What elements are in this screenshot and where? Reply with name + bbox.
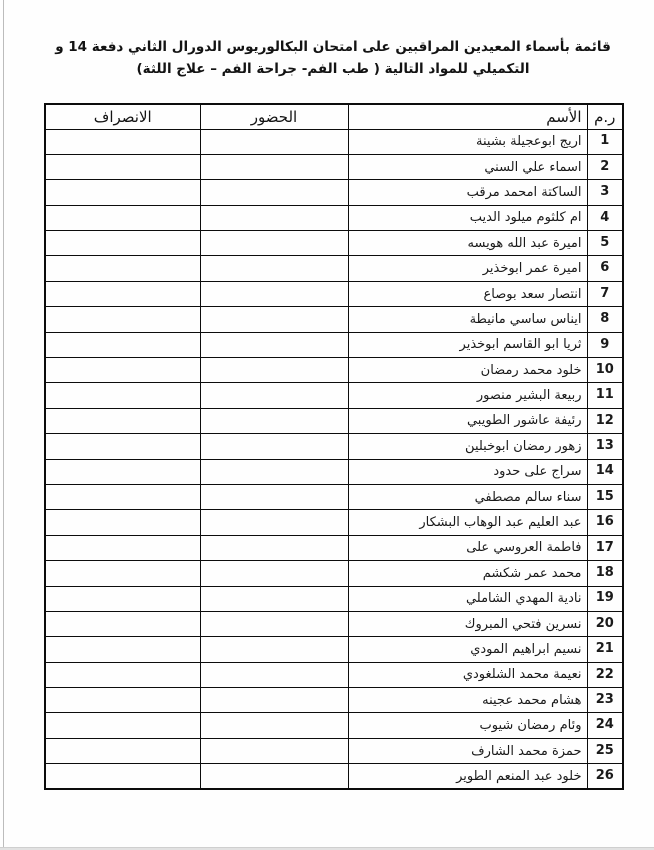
- cell-departure: [45, 738, 200, 763]
- cell-name: سناء سالم مصطفي: [348, 484, 587, 509]
- cell-index: 21: [587, 637, 623, 662]
- header-attendance: الحضور: [200, 104, 348, 129]
- cell-name: خلود محمد رمضان: [348, 358, 587, 383]
- cell-index: 6: [587, 256, 623, 281]
- cell-attendance: [200, 713, 348, 738]
- table-row: 9 ثريا ابو القاسم ابوخذير: [45, 332, 623, 357]
- table-row: 20 نسرين فتحي المبروك: [45, 611, 623, 636]
- cell-index: 18: [587, 561, 623, 586]
- cell-index: 16: [587, 510, 623, 535]
- cell-attendance: [200, 332, 348, 357]
- cell-attendance: [200, 738, 348, 763]
- cell-attendance: [200, 281, 348, 306]
- cell-departure: [45, 383, 200, 408]
- table-row: 7 انتصار سعد بوصاع: [45, 281, 623, 306]
- table-row: 23 هشام محمد عجينه: [45, 688, 623, 713]
- cell-index: 2: [587, 154, 623, 179]
- cell-departure: [45, 561, 200, 586]
- cell-name: رئيفة عاشور الطويبي: [348, 408, 587, 433]
- cell-attendance: [200, 586, 348, 611]
- cell-index: 8: [587, 307, 623, 332]
- table-row: 6 اميرة عمر ابوخذير: [45, 256, 623, 281]
- cell-departure: [45, 510, 200, 535]
- cell-index: 23: [587, 688, 623, 713]
- cell-name: ام كلثوم ميلود الديب: [348, 205, 587, 230]
- header-name: الأسم: [348, 104, 587, 129]
- table-row: 10 خلود محمد رمضان: [45, 358, 623, 383]
- cell-index: 26: [587, 764, 623, 789]
- cell-departure: [45, 611, 200, 636]
- cell-attendance: [200, 307, 348, 332]
- cell-index: 1: [587, 129, 623, 154]
- document-page: قائمة بأسماء المعيدين المراقبين على امتح…: [0, 0, 654, 850]
- cell-name: زهور رمضان ابوخبلين: [348, 434, 587, 459]
- title-line-2: التكميلي للمواد التالية ( طب الفم- جراحة…: [44, 58, 622, 80]
- cell-attendance: [200, 205, 348, 230]
- cell-departure: [45, 307, 200, 332]
- cell-name: وئام رمضان شيوب: [348, 713, 587, 738]
- cell-attendance: [200, 764, 348, 789]
- table-row: 11 ربيعة البشير منصور: [45, 383, 623, 408]
- cell-name: الساكتة امحمد مرقب: [348, 180, 587, 205]
- cell-departure: [45, 764, 200, 789]
- cell-attendance: [200, 434, 348, 459]
- cell-attendance: [200, 484, 348, 509]
- cell-name: عبد العليم عبد الوهاب البشكار: [348, 510, 587, 535]
- cell-name: نعيمة محمد الشلغودي: [348, 662, 587, 687]
- cell-attendance: [200, 154, 348, 179]
- cell-departure: [45, 154, 200, 179]
- cell-index: 13: [587, 434, 623, 459]
- table-row: 24 وئام رمضان شيوب: [45, 713, 623, 738]
- table-row: 4 ام كلثوم ميلود الديب: [45, 205, 623, 230]
- cell-index: 5: [587, 231, 623, 256]
- cell-name: حمزة محمد الشارف: [348, 738, 587, 763]
- table-row: 3 الساكتة امحمد مرقب: [45, 180, 623, 205]
- cell-attendance: [200, 662, 348, 687]
- table-row: 5 اميرة عبد الله هويسه: [45, 231, 623, 256]
- table-row: 17 فاطمة العروسي على: [45, 535, 623, 560]
- cell-index: 17: [587, 535, 623, 560]
- cell-departure: [45, 688, 200, 713]
- cell-name: ثريا ابو القاسم ابوخذير: [348, 332, 587, 357]
- cell-name: محمد عمر شكشم: [348, 561, 587, 586]
- cell-name: هشام محمد عجينه: [348, 688, 587, 713]
- header-departure: الانصراف: [45, 104, 200, 129]
- cell-attendance: [200, 510, 348, 535]
- cell-index: 11: [587, 383, 623, 408]
- cell-index: 24: [587, 713, 623, 738]
- table-row: 12 رئيفة عاشور الطويبي: [45, 408, 623, 433]
- cell-name: سراج على حدود: [348, 459, 587, 484]
- title-line-1: قائمة بأسماء المعيدين المراقبين على امتح…: [44, 36, 622, 58]
- table-row: 26 خلود عبد المنعم الطوير: [45, 764, 623, 789]
- cell-attendance: [200, 358, 348, 383]
- cell-name: اريج ابوعجيلة بشينة: [348, 129, 587, 154]
- cell-departure: [45, 637, 200, 662]
- cell-index: 10: [587, 358, 623, 383]
- cell-name: نسيم ابراهيم المودي: [348, 637, 587, 662]
- cell-index: 4: [587, 205, 623, 230]
- table-row: 13 زهور رمضان ابوخبلين: [45, 434, 623, 459]
- cell-attendance: [200, 611, 348, 636]
- cell-index: 20: [587, 611, 623, 636]
- cell-index: 7: [587, 281, 623, 306]
- cell-name: ربيعة البشير منصور: [348, 383, 587, 408]
- cell-attendance: [200, 383, 348, 408]
- cell-index: 25: [587, 738, 623, 763]
- cell-index: 14: [587, 459, 623, 484]
- cell-name: فاطمة العروسي على: [348, 535, 587, 560]
- cell-attendance: [200, 129, 348, 154]
- cell-name: ايناس ساسي مانيطة: [348, 307, 587, 332]
- table-body: 1 اريج ابوعجيلة بشينة 2 اسماء علي السني …: [45, 129, 623, 789]
- cell-name: انتصار سعد بوصاع: [348, 281, 587, 306]
- table-row: 25 حمزة محمد الشارف: [45, 738, 623, 763]
- cell-name: نسرين فتحي المبروك: [348, 611, 587, 636]
- cell-departure: [45, 332, 200, 357]
- cell-attendance: [200, 459, 348, 484]
- supervisors-roster-table: ر.م الأسم الحضور الانصراف 1 اريج ابوعجيل…: [44, 103, 624, 790]
- cell-index: 22: [587, 662, 623, 687]
- cell-departure: [45, 180, 200, 205]
- table-row: 22 نعيمة محمد الشلغودي: [45, 662, 623, 687]
- cell-departure: [45, 662, 200, 687]
- table-row: 14 سراج على حدود: [45, 459, 623, 484]
- cell-departure: [45, 256, 200, 281]
- cell-attendance: [200, 256, 348, 281]
- table-row: 1 اريج ابوعجيلة بشينة: [45, 129, 623, 154]
- table-row: 21 نسيم ابراهيم المودي: [45, 637, 623, 662]
- table-row: 16 عبد العليم عبد الوهاب البشكار: [45, 510, 623, 535]
- table-row: 2 اسماء علي السني: [45, 154, 623, 179]
- cell-attendance: [200, 535, 348, 560]
- cell-departure: [45, 586, 200, 611]
- cell-name: اميرة عمر ابوخذير: [348, 256, 587, 281]
- cell-departure: [45, 484, 200, 509]
- cell-name: خلود عبد المنعم الطوير: [348, 764, 587, 789]
- cell-index: 19: [587, 586, 623, 611]
- table-row: 8 ايناس ساسي مانيطة: [45, 307, 623, 332]
- cell-departure: [45, 231, 200, 256]
- cell-name: نادية المهدي الشاملي: [348, 586, 587, 611]
- cell-name: اسماء علي السني: [348, 154, 587, 179]
- cell-departure: [45, 535, 200, 560]
- cell-index: 15: [587, 484, 623, 509]
- document-title: قائمة بأسماء المعيدين المراقبين على امتح…: [44, 36, 622, 80]
- cell-attendance: [200, 688, 348, 713]
- scan-edge-artifact-left: [3, 0, 4, 850]
- cell-attendance: [200, 180, 348, 205]
- cell-departure: [45, 129, 200, 154]
- table-row: 15 سناء سالم مصطفي: [45, 484, 623, 509]
- table-row: 18 محمد عمر شكشم: [45, 561, 623, 586]
- cell-departure: [45, 408, 200, 433]
- header-row: ر.م الأسم الحضور الانصراف: [45, 104, 623, 129]
- cell-attendance: [200, 231, 348, 256]
- cell-attendance: [200, 408, 348, 433]
- cell-index: 12: [587, 408, 623, 433]
- cell-departure: [45, 713, 200, 738]
- cell-departure: [45, 281, 200, 306]
- header-index: ر.م: [587, 104, 623, 129]
- cell-departure: [45, 459, 200, 484]
- cell-attendance: [200, 561, 348, 586]
- cell-departure: [45, 434, 200, 459]
- table-row: 19 نادية المهدي الشاملي: [45, 586, 623, 611]
- cell-attendance: [200, 637, 348, 662]
- cell-name: اميرة عبد الله هويسه: [348, 231, 587, 256]
- cell-departure: [45, 358, 200, 383]
- cell-index: 9: [587, 332, 623, 357]
- cell-departure: [45, 205, 200, 230]
- cell-index: 3: [587, 180, 623, 205]
